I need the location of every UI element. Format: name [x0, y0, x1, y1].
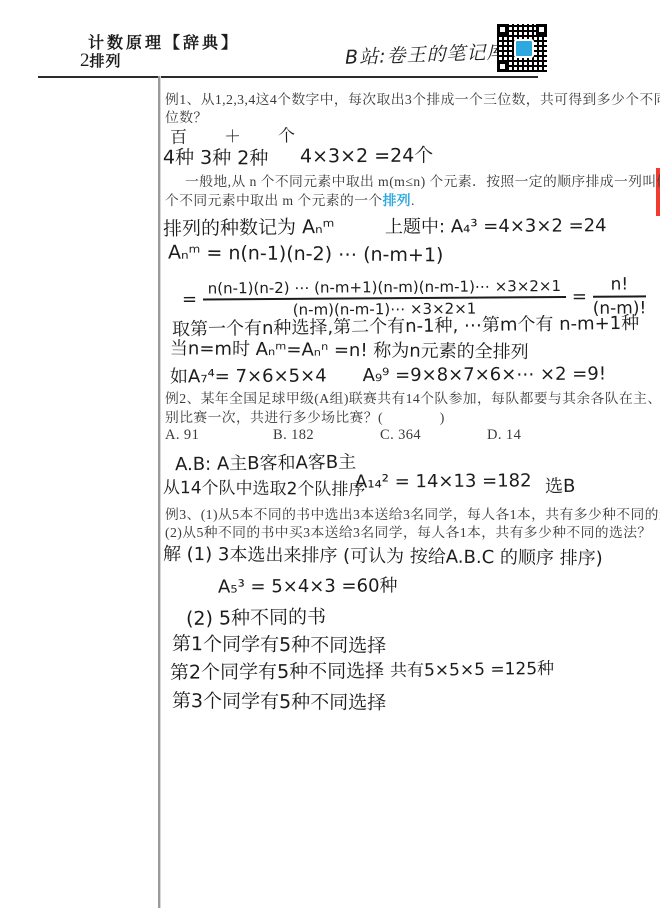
hw-example2-note: A.B: A主B客和A客B主 [175, 448, 357, 477]
example1-text-line1: 例1、从1,2,3,4这4个数字中，每次取出3个排成一个三位数，共可得到多少个不… [165, 88, 660, 108]
qr-code [497, 24, 547, 72]
hw-example2-calc: A₁₄² = 14×13 =182 [355, 470, 532, 492]
option-d: D. 14 [487, 427, 521, 444]
definition-line1: 一般地,从 n 个不同元素中取出 m(m≤n) 个元素．按照一定的顺序排成一列叫… [185, 170, 660, 190]
qr-finder-icon [497, 24, 508, 35]
hw-choice-counts: 4种 3种 2种 [163, 142, 269, 170]
option-a: A. 91 [165, 427, 199, 444]
result-numerator: n! [592, 274, 646, 297]
qr-finder-icon [536, 24, 547, 35]
hw-student3-line: 第3个同学有5种不同选择 [172, 686, 386, 715]
hw-count-formula: 排列的种数记为 Aₙᵐ [163, 212, 335, 241]
equals-sign: = [182, 289, 197, 310]
fraction-numerator: n(n-1)(n-2) ⋯ (n-m+1)(n-m)(n-m-1)⋯ ×3×2×… [203, 277, 566, 301]
hw-example2-method: 从14个队中选取2个队排序 [163, 473, 366, 500]
bilibili-logo-icon [514, 39, 534, 58]
hw-student1-line: 第1个同学有5种不同选择 [172, 629, 386, 658]
section-title: 排列 [90, 52, 122, 70]
hw-solution-line: 解 (1) 3本选出来排序 (可认为 按给A.B.C 的顺序 排序) [163, 540, 603, 571]
hw-example2-answer: 选B [545, 472, 576, 498]
hw-previous-example: 上题中: A₄³ =4×3×2 =24 [385, 211, 607, 239]
hw-part2-total: 共有5×5×5 =125种 [390, 654, 554, 681]
channel-watermark: B站:卷王的笔记库 [345, 37, 507, 70]
definition-line2-period: . [411, 193, 415, 208]
example2-text-line1: 例2、某年全国足球甲级(A组)联赛共有14个队参加，每队都要与其余各队在主、客场… [165, 387, 660, 407]
qr-finder-icon [497, 61, 508, 72]
notes-page: 计数原理【辞典】 2排列 B站:卷王的笔记库 例1、从1,2,3,4这4个数字中… [0, 0, 660, 908]
example3-text-line2: (2)从5种不同的书中买3本送给3名同学，每人各1本，共有多少种不同的选法？ [165, 521, 652, 541]
permutation-term: 排列 [383, 193, 411, 208]
example2-text-line2: 别比赛一次，共进行多少场比赛？( ) [165, 406, 445, 426]
header-divider [38, 76, 538, 78]
option-b: B. 182 [273, 427, 314, 444]
hw-part1-calc: A₅³ = 5×4×3 =60种 [218, 571, 398, 598]
section-number: 2 [80, 50, 90, 71]
equals-sign: = [572, 286, 587, 307]
definition-line2-text: 个不同元素中取出 m 个元素的一个 [165, 193, 383, 208]
option-c: C. 364 [380, 427, 421, 444]
margin-line [158, 76, 160, 908]
hw-student2-line: 第2个同学有5种不同选择 [170, 656, 384, 684]
hw-part2-heading: (2) 5种不同的书 [186, 602, 326, 631]
hw-formula-expansion: Aₙᵐ = n(n-1)(n-2) ⋯ (n-m+1) [168, 242, 444, 267]
page-subtitle: 2排列 [80, 50, 122, 72]
hw-permutation-examples: 如A₇⁴= 7×6×5×4 A₉⁹ =9×8×7×6×⋯ ×2 =9! [170, 359, 606, 388]
hw-example1-calc: 4×3×2 =24个 [300, 141, 433, 169]
example3-text-line1: 例3、(1)从5本不同的书中选出3本送给3名同学，每人各1本，共有多少种不同的送… [165, 503, 660, 523]
definition-line2: 个不同元素中取出 m 个元素的一个排列. [165, 189, 415, 209]
